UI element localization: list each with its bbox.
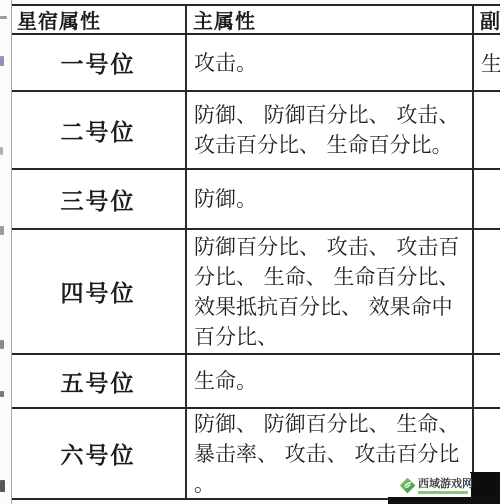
table-row-position-2: 二号位 防御、 防御百分比、 攻击、 攻击百分比、 生命百分比。 [11, 92, 500, 170]
position-cell: 六号位 [11, 409, 187, 498]
main-attribute-cell: 防御、 防御百分比、 攻击、 攻击百分比、 生命百分比。 [187, 92, 474, 168]
table-row-position-4: 四号位 防御百分比、 攻击、 攻击百 分比、 生命、 生命百分比、 效果抵抗百分… [11, 230, 500, 355]
header-cell-secondary-attribute: 副 [474, 6, 500, 33]
edge-artifact [0, 340, 4, 349]
position-cell: 四号位 [11, 230, 187, 353]
main-attribute-cell: 生命。 [187, 355, 474, 407]
watermark-text-block: 西域游戏网 [418, 477, 473, 494]
header-cell-position: 星宿属性 [11, 6, 187, 33]
edge-artifact [0, 226, 4, 235]
secondary-attribute-cell [474, 170, 500, 228]
table-row-position-1: 一号位 攻击。 生 [11, 35, 500, 92]
secondary-attribute-cell [474, 230, 500, 353]
position-cell: 五号位 [11, 355, 187, 407]
main-attribute-cell: 防御百分比、 攻击、 攻击百 分比、 生命、 生命百分比、 效果抵抗百分比、 效… [187, 230, 474, 353]
table-row-position-3: 三号位 防御。 [11, 170, 500, 230]
watermark-subtext-bar [418, 491, 468, 494]
watermark-site-name: 西域游戏网 [418, 477, 473, 490]
header-cell-main-attribute: 主属性 [187, 6, 474, 33]
leaf-logo-icon [399, 477, 416, 494]
left-edge-strip [0, 0, 12, 504]
table-header-row: 星宿属性 主属性 副 [11, 6, 500, 35]
edge-artifact [0, 16, 7, 19]
secondary-attribute-cell [474, 355, 500, 407]
position-cell: 二号位 [11, 92, 187, 168]
site-watermark: 西域游戏网 [399, 473, 471, 497]
edge-artifact [0, 147, 3, 155]
corner-dark-region [388, 497, 500, 504]
star-attribute-table: 星宿属性 主属性 副 一号位 攻击。 生 二号位 防御、 防御百分比、 攻击、 … [11, 4, 500, 500]
main-attribute-cell: 防御。 [187, 170, 474, 228]
main-attribute-cell: 攻击。 [187, 35, 474, 90]
edge-artifact [0, 56, 4, 66]
secondary-attribute-cell: 生 [474, 35, 500, 90]
screenshot-root: { "table": { "header": { "col_position":… [0, 0, 500, 504]
secondary-attribute-cell [474, 92, 500, 168]
position-cell: 三号位 [11, 170, 187, 228]
edge-artifact [0, 480, 5, 492]
table-row-position-5: 五号位 生命。 [11, 355, 500, 409]
edge-artifact [0, 391, 4, 397]
position-cell: 一号位 [11, 35, 187, 90]
